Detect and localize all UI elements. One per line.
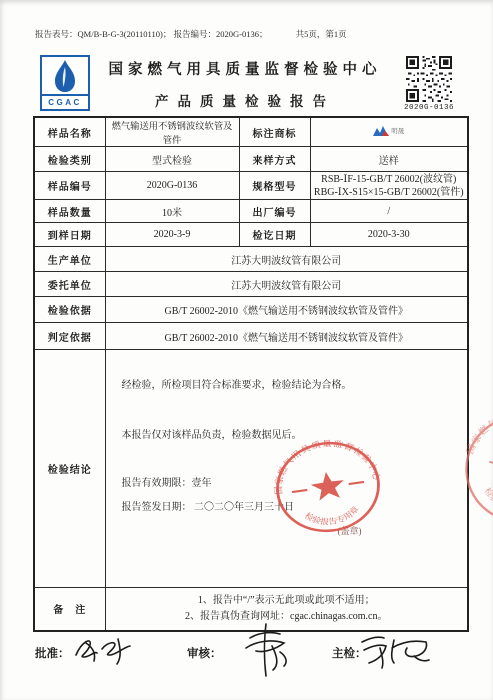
header-titles: 国家燃气用具质量监督检验中心 产品质量检验报告 bbox=[95, 58, 395, 110]
sample-no-value: 2020G-0136 bbox=[105, 172, 239, 200]
factory-no-label: 出厂编号 bbox=[239, 200, 310, 223]
seal-caption-text: 检验报告专用章 bbox=[302, 503, 363, 530]
table-row: 生产单位 江苏大明波纹管有限公司 bbox=[34, 247, 468, 272]
remarks-line1: 1、报告中“/”表示无此项或此项不适用； bbox=[108, 593, 466, 609]
inspection-basis-value: GB/T 26002-2010《燃气输送用不锈钢波纹软管及管件》 bbox=[105, 297, 468, 323]
quantity-value: 10米 bbox=[105, 200, 239, 223]
reviewer-signature bbox=[236, 622, 294, 680]
qr-caption: 2020G-0136 bbox=[403, 104, 455, 112]
table-row: 到样日期 2020-3-9 检讫日期 2020-3-30 bbox=[34, 223, 468, 247]
inspection-type-value: 型式检验 bbox=[105, 147, 239, 172]
trademark-logo-icon bbox=[373, 126, 389, 136]
sampling-method-label: 来样方式 bbox=[239, 147, 310, 172]
manufacturer-value: 江苏大明波纹管有限公司 bbox=[105, 247, 468, 272]
review-label: 审核： bbox=[187, 645, 222, 661]
inspection-seal: 国家燃气用具质量监督检验中心 检验报告专用章 bbox=[255, 421, 402, 552]
inspection-basis-label: 检验依据 bbox=[34, 297, 105, 323]
spec-model-label: 规格型号 bbox=[239, 172, 310, 200]
cgac-acronym: CGAC bbox=[42, 94, 88, 109]
judgment-basis-label: 判定依据 bbox=[34, 323, 105, 350]
approve-label: 批准： bbox=[35, 645, 70, 661]
trademark-text: 明晟 bbox=[391, 126, 404, 135]
sample-no-label: 样品编号 bbox=[34, 172, 105, 200]
table-row: 判定依据 GB/T 26002-2010《燃气输送用不锈钢波纹软管及管件》 bbox=[34, 323, 468, 350]
trademark-label: 标注商标 bbox=[239, 117, 310, 147]
table-row: 样品数量 10米 出厂编号 / bbox=[34, 200, 468, 223]
conclusion-statement: 经检验，所检项目符合标准要求，检验结论为合格。 bbox=[122, 376, 352, 391]
quantity-label: 样品数量 bbox=[34, 200, 105, 223]
spec-model-line2: RBG-ⅠX-S15×15-GB/T 26002(管件) bbox=[313, 186, 466, 199]
center-title: 国家燃气用具质量监督检验中心 bbox=[95, 58, 395, 79]
edge-seal-ring-text: 国家燃气用具质量监督检验中心 bbox=[465, 399, 493, 481]
sampling-method-value: 送样 bbox=[310, 147, 468, 172]
form-number-label: 报告表号： bbox=[35, 29, 78, 39]
table-row: 样品名称 燃气输送用不锈钢波纹软管及管件 标注商标 明晟 bbox=[34, 117, 468, 147]
conclusion-row: 检验结论 经检验，所检项目符合标准要求，检验结论为合格。 本报告仅对该样品负责，… bbox=[34, 350, 468, 588]
arrival-date-value: 2020-3-9 bbox=[105, 223, 239, 247]
page-count: 共5页，第1页 bbox=[296, 29, 347, 39]
report-table: 样品名称 燃气输送用不锈钢波纹软管及管件 标注商标 明晟 检验类别 型式检验 来… bbox=[33, 116, 469, 632]
arrival-date-label: 到样日期 bbox=[34, 223, 105, 247]
svg-text:国家燃气用具质量监督检验中心: 国家燃气用具质量监督检验中心 bbox=[465, 399, 493, 481]
spec-model-line1: RSB-ⅠF-15-GB/T 26002(波纹管) bbox=[313, 173, 466, 186]
inspection-type-label: 检验类别 bbox=[34, 147, 105, 172]
inspection-report-page: 报告表号：QM/B-B-G-3(20110110)； 报告编号：2020G-01… bbox=[0, 0, 493, 700]
manufacturer-label: 生产单位 bbox=[34, 247, 105, 272]
qr-block: 2020G-0136 bbox=[403, 56, 455, 112]
flame-icon bbox=[42, 57, 88, 94]
table-row: 检验类别 型式检验 来样方式 送样 bbox=[34, 147, 468, 172]
chief-inspector-signature bbox=[356, 630, 432, 670]
report-meta-line: 报告表号：QM/B-B-G-3(20110110)； 报告编号：2020G-01… bbox=[35, 28, 347, 40]
remarks-label: 备 注 bbox=[34, 588, 105, 631]
report-number: 2020G-0136； bbox=[216, 29, 267, 39]
cgac-logo: CGAC bbox=[40, 55, 90, 111]
factory-no-value: / bbox=[310, 200, 468, 223]
report-validity: 报告有效期限：壹年 bbox=[122, 474, 212, 489]
client-label: 委托单位 bbox=[34, 272, 105, 297]
conclusion-label: 检验结论 bbox=[34, 350, 105, 588]
report-title: 产品质量检验报告 bbox=[95, 90, 395, 110]
spec-model-value: RSB-ⅠF-15-GB/T 26002(波纹管) RBG-ⅠX-S15×15-… bbox=[310, 172, 468, 200]
judgment-basis-value: GB/T 26002-2010《燃气输送用不锈钢波纹软管及管件》 bbox=[105, 323, 468, 350]
sample-name-label: 样品名称 bbox=[34, 117, 105, 147]
report-number-label: 报告编号： bbox=[173, 29, 216, 39]
finish-date-value: 2020-3-30 bbox=[310, 223, 468, 247]
client-value: 江苏大明波纹管有限公司 bbox=[105, 272, 468, 297]
svg-text:检验报告专用章: 检验报告专用章 bbox=[302, 503, 363, 530]
qr-code-icon bbox=[406, 56, 452, 102]
table-row: 检验依据 GB/T 26002-2010《燃气输送用不锈钢波纹软管及管件》 bbox=[34, 297, 468, 323]
table-row: 委托单位 江苏大明波纹管有限公司 bbox=[34, 272, 468, 297]
seal-star-icon bbox=[309, 470, 346, 502]
table-row: 样品编号 2020G-0136 规格型号 RSB-ⅠF-15-GB/T 2600… bbox=[34, 172, 468, 200]
form-number: QM/B-B-G-3(20110110)； bbox=[78, 29, 172, 39]
finish-date-label: 检讫日期 bbox=[239, 223, 310, 247]
sample-name-value: 燃气输送用不锈钢波纹软管及管件 bbox=[105, 117, 239, 147]
trademark-value: 明晟 bbox=[310, 117, 468, 147]
approver-signature bbox=[72, 633, 134, 669]
